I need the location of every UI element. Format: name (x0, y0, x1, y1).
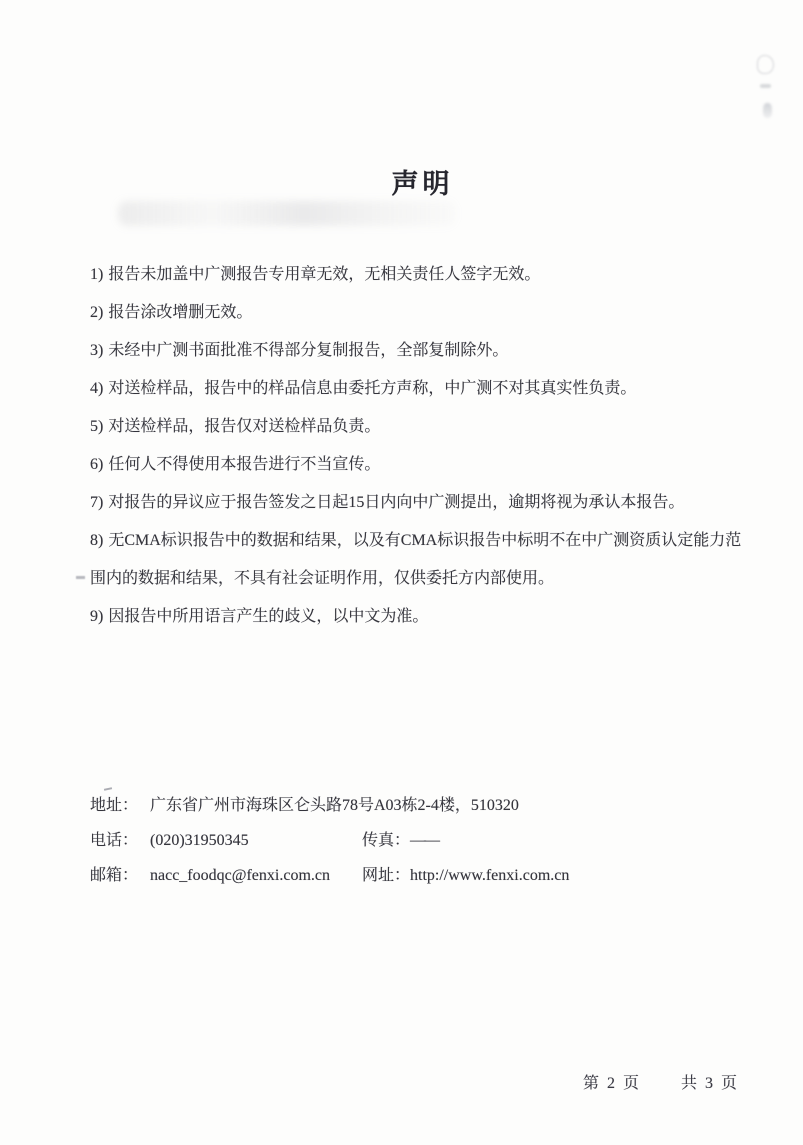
declaration-number: 1) (90, 266, 103, 283)
declaration-item-4: 4)对送检样品，报告中的样品信息由委托方声称，中广测不对其真实性负责。 (90, 370, 754, 408)
scan-artifact (757, 55, 774, 74)
declaration-number: 7) (90, 494, 103, 511)
declaration-item-1: 1)报告未加盖中广测报告专用章无效，无相关责任人签字无效。 (90, 256, 754, 294)
scan-artifact (76, 576, 85, 579)
page-title: 声明 (21, 162, 803, 201)
scanned-report-page: 声明 1)报告未加盖中广测报告专用章无效，无相关责任人签字无效。 2)报告涂改增… (0, 0, 803, 1145)
scan-artifact (763, 103, 772, 118)
declaration-number: 2) (90, 304, 103, 321)
email-website-row: 邮箱： nacc_foodqc@fenxi.com.cn 网址： http://… (90, 858, 770, 893)
declaration-text: 未经中广测书面批准不得部分复制报告，全部复制除外。 (108, 342, 508, 359)
declaration-number: 5) (90, 418, 103, 435)
declaration-list: 1)报告未加盖中广测报告专用章无效，无相关责任人签字无效。 2)报告涂改增删无效… (90, 256, 754, 636)
declaration-item-2: 2)报告涂改增删无效。 (90, 294, 754, 332)
fax-label: 传真： (362, 823, 410, 858)
phone-label: 电话： (90, 823, 150, 858)
website-label: 网址： (362, 858, 410, 893)
declaration-text: 对报告的异议应于报告签发之日起15日内向中广测提出，逾期将视为承认本报告。 (108, 494, 684, 511)
declaration-item-9: 9)因报告中所用语言产生的歧义，以中文为准。 (90, 598, 754, 636)
declaration-item-5: 5)对送检样品，报告仅对送检样品负责。 (90, 408, 754, 446)
scan-artifact (760, 84, 771, 88)
declaration-item-8: 8)无CMA标识报告中的数据和结果，以及有CMA标识报告中标明不在中广测资质认定… (90, 522, 754, 598)
declaration-text: 对送检样品，报告仅对送检样品负责。 (108, 418, 380, 435)
declaration-number: 9) (90, 608, 103, 625)
declaration-item-6: 6)任何人不得使用本报告进行不当宣传。 (90, 446, 754, 484)
declaration-item-7: 7)对报告的异议应于报告签发之日起15日内向中广测提出，逾期将视为承认本报告。 (90, 484, 754, 522)
address-value: 广东省广州市海珠区仑头路78号A03栋2-4楼，510320 (150, 788, 770, 823)
total-page-count: 共 3 页 (681, 1070, 739, 1093)
address-row: 地址： 广东省广州市海珠区仑头路78号A03栋2-4楼，510320 (90, 788, 770, 823)
declaration-text: 报告未加盖中广测报告专用章无效，无相关责任人签字无效。 (108, 266, 540, 283)
page-footer: 第 2 页 共 3 页 (583, 1070, 739, 1093)
website-value: http://www.fenxi.com.cn (410, 858, 770, 893)
declaration-text: 无CMA标识报告中的数据和结果，以及有CMA标识报告中标明不在中广测资质认定能力… (90, 532, 741, 587)
declaration-text: 任何人不得使用本报告进行不当宣传。 (108, 456, 380, 473)
declaration-number: 8) (90, 532, 103, 549)
declaration-text: 因报告中所用语言产生的歧义，以中文为准。 (108, 608, 428, 625)
declaration-number: 4) (90, 380, 103, 397)
fax-value: —— (410, 823, 770, 858)
declaration-text: 报告涂改增删无效。 (108, 304, 252, 321)
contact-info-block: 地址： 广东省广州市海珠区仑头路78号A03栋2-4楼，510320 电话： (… (90, 788, 770, 893)
address-label: 地址： (90, 788, 150, 823)
declaration-item-3: 3)未经中广测书面批准不得部分复制报告，全部复制除外。 (90, 332, 754, 370)
phone-value: (020)31950345 (150, 823, 362, 858)
declaration-text: 对送检样品，报告中的样品信息由委托方声称，中广测不对其真实性负责。 (108, 380, 636, 397)
scan-smudge-artifact (118, 201, 456, 226)
declaration-number: 3) (90, 342, 103, 359)
email-label: 邮箱： (90, 858, 150, 893)
phone-fax-row: 电话： (020)31950345 传真： —— (90, 823, 770, 858)
email-value: nacc_foodqc@fenxi.com.cn (150, 858, 362, 893)
declaration-number: 6) (90, 456, 103, 473)
current-page-number: 第 2 页 (583, 1070, 641, 1093)
